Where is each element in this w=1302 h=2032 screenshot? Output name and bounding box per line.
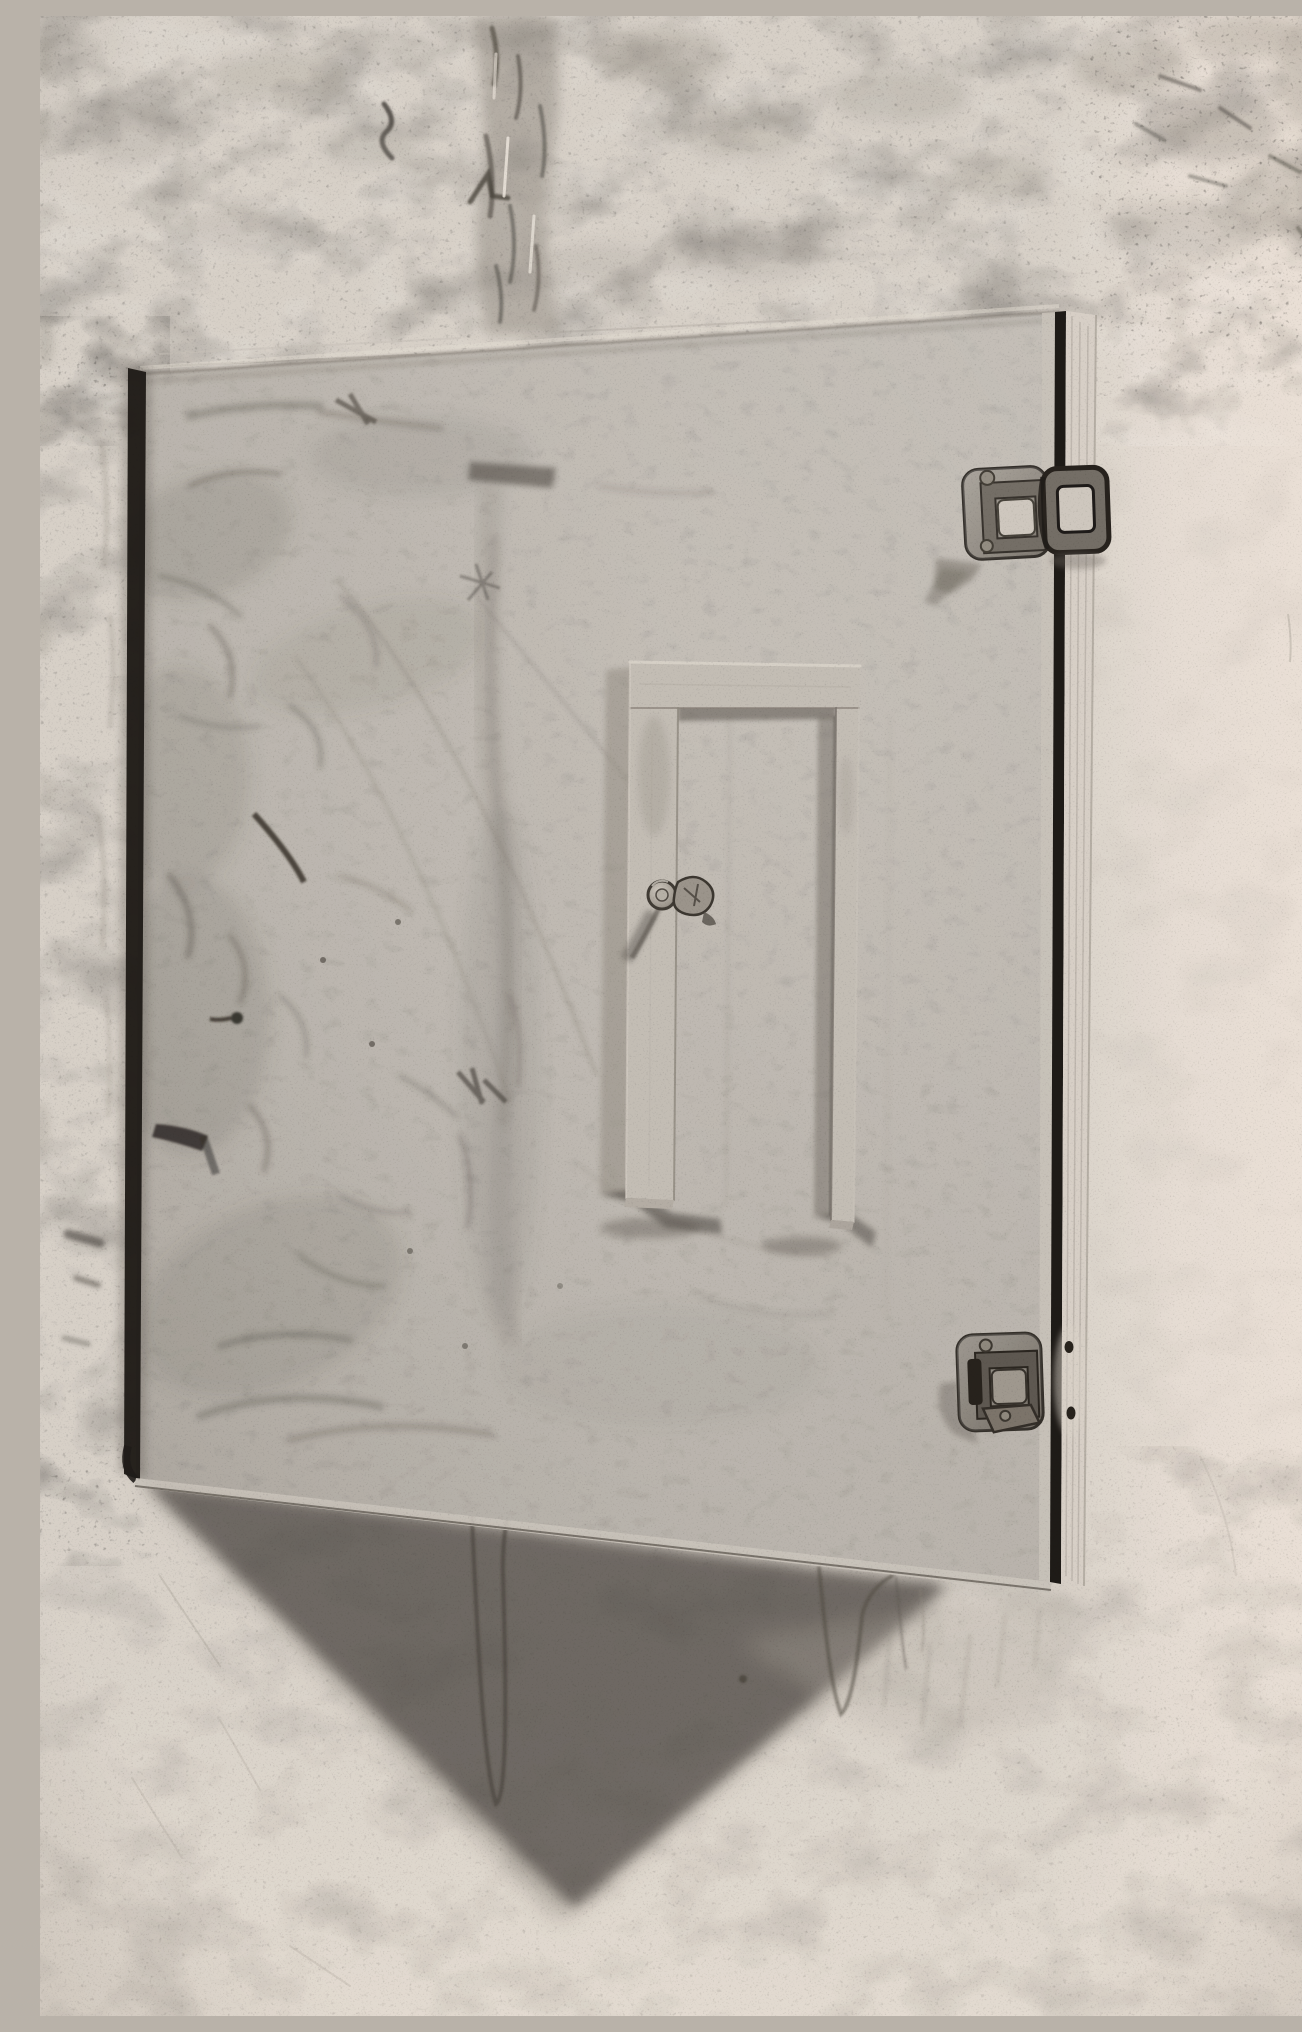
photograph: Black-and-white photograph of a square w…	[40, 16, 1302, 2016]
vignette-overlay	[40, 16, 1302, 2016]
